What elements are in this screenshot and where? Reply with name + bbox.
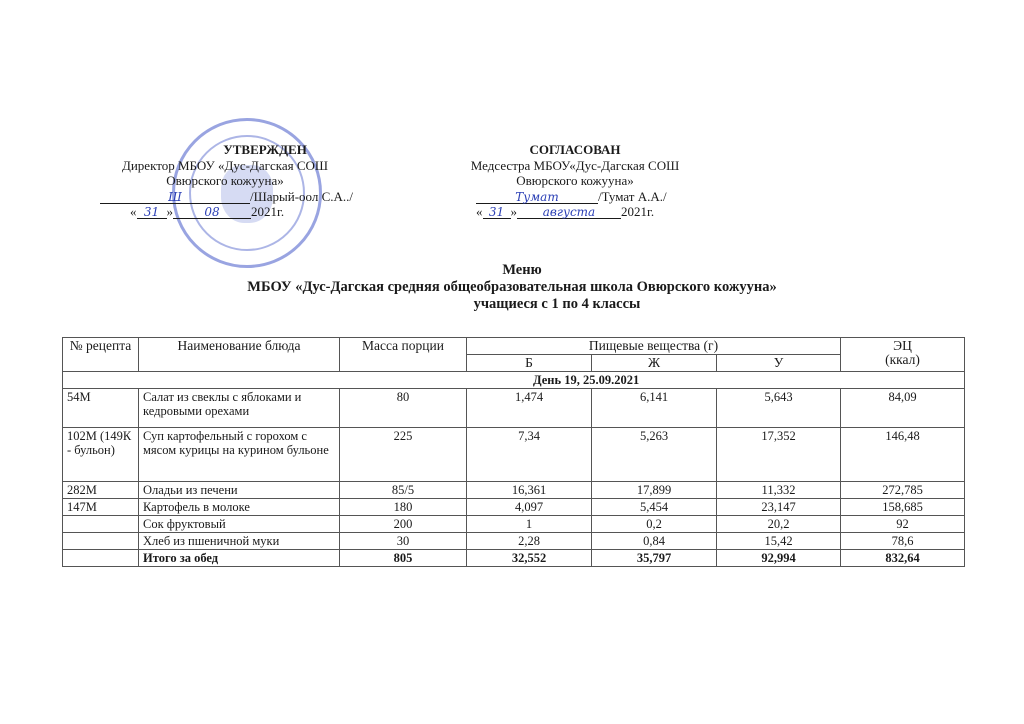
approved-signature-line: Ш/Шарый-оол С.А../ bbox=[100, 189, 350, 205]
protein-cell: 1 bbox=[467, 516, 592, 533]
agreed-date-year: 2021г. bbox=[621, 204, 654, 219]
dish-name-cell: Картофель в молоке bbox=[139, 499, 340, 516]
approved-signature-field: Ш bbox=[100, 190, 250, 204]
approved-date-month-field: 08 bbox=[173, 205, 251, 219]
mass-cell: 85/5 bbox=[340, 482, 467, 499]
protein-cell: 2,28 bbox=[467, 533, 592, 550]
approved-title: УТВЕРЖДЕН bbox=[100, 142, 350, 158]
approved-position: Директор МБОУ «Дус-Дагская СОШ bbox=[100, 158, 350, 174]
energy-cell: 832,64 bbox=[841, 550, 965, 567]
agreed-signatory-name: /Тумат А.А./ bbox=[598, 189, 667, 204]
dish-name-cell: Суп картофельный с горохом с мясом куриц… bbox=[139, 428, 340, 482]
dish-name-cell: Оладьи из печени bbox=[139, 482, 340, 499]
dish-name-cell: Итого за обед bbox=[139, 550, 340, 567]
mass-cell: 225 bbox=[340, 428, 467, 482]
table-row: 282МОладьи из печени85/516,36117,89911,3… bbox=[63, 482, 965, 499]
table-row: 54МСалат из свеклы с яблоками и кедровым… bbox=[63, 389, 965, 428]
table-row: 102М (149К - бульон)Суп картофельный с г… bbox=[63, 428, 965, 482]
header-mass: Масса порции bbox=[340, 338, 467, 372]
energy-cell: 84,09 bbox=[841, 389, 965, 428]
fat-cell: 17,899 bbox=[592, 482, 717, 499]
energy-cell: 78,6 bbox=[841, 533, 965, 550]
recipe-no-cell: 54М bbox=[63, 389, 139, 428]
protein-cell: 32,552 bbox=[467, 550, 592, 567]
fat-cell: 35,797 bbox=[592, 550, 717, 567]
protein-cell: 1,474 bbox=[467, 389, 592, 428]
school-name: МБОУ «Дус-Дагская средняя общеобразовате… bbox=[0, 279, 1024, 296]
header-recipe-no: № рецепта bbox=[63, 338, 139, 372]
agreed-date-day-field: 31 bbox=[483, 205, 511, 219]
energy-cell: 92 bbox=[841, 516, 965, 533]
day-label: День 19, 25.09.2021 bbox=[63, 372, 965, 389]
fat-cell: 0,2 bbox=[592, 516, 717, 533]
header-nutrients: Пищевые вещества (г) bbox=[467, 338, 841, 355]
header-fat: Ж bbox=[592, 355, 717, 372]
approved-organization: Овюрского кожууна» bbox=[100, 173, 350, 189]
fat-cell: 5,263 bbox=[592, 428, 717, 482]
carbs-cell: 23,147 bbox=[717, 499, 841, 516]
agreed-signature-line: Тумат/Тумат А.А./ bbox=[450, 189, 700, 205]
table-row: 147МКартофель в молоке1804,0975,45423,14… bbox=[63, 499, 965, 516]
mass-cell: 180 bbox=[340, 499, 467, 516]
fat-cell: 5,454 bbox=[592, 499, 717, 516]
header-energy-line1: ЭЦ bbox=[845, 339, 960, 353]
header-energy: ЭЦ (ккал) bbox=[841, 338, 965, 372]
energy-cell: 158,685 bbox=[841, 499, 965, 516]
approved-date-day-field: 31 bbox=[137, 205, 167, 219]
table-row: Сок фруктовый20010,220,292 bbox=[63, 516, 965, 533]
protein-cell: 16,361 bbox=[467, 482, 592, 499]
protein-cell: 4,097 bbox=[467, 499, 592, 516]
agreed-position: Медсестра МБОУ«Дус-Дагская СОШ bbox=[450, 158, 700, 174]
mass-cell: 30 bbox=[340, 533, 467, 550]
menu-title: Меню bbox=[0, 262, 1024, 279]
table-row: Хлеб из пшеничной муки302,280,8415,4278,… bbox=[63, 533, 965, 550]
carbs-cell: 20,2 bbox=[717, 516, 841, 533]
header-carbs: У bbox=[717, 355, 841, 372]
dish-name-cell: Хлеб из пшеничной муки bbox=[139, 533, 340, 550]
menu-heading: Меню МБОУ «Дус-Дагская средняя общеобраз… bbox=[0, 262, 1024, 313]
dish-name-cell: Салат из свеклы с яблоками и кедровыми о… bbox=[139, 389, 340, 428]
approved-date: «31»082021г. bbox=[100, 204, 350, 220]
recipe-no-cell: 282М bbox=[63, 482, 139, 499]
carbs-cell: 11,332 bbox=[717, 482, 841, 499]
fat-cell: 0,84 bbox=[592, 533, 717, 550]
agreed-title: СОГЛАСОВАН bbox=[450, 142, 700, 158]
recipe-no-cell bbox=[63, 550, 139, 567]
agreed-handwritten-signature: Тумат bbox=[515, 190, 558, 204]
approved-date-day: 31 bbox=[144, 205, 159, 219]
header-dish: Наименование блюда bbox=[139, 338, 340, 372]
carbs-cell: 92,994 bbox=[717, 550, 841, 567]
recipe-no-cell: 102М (149К - бульон) bbox=[63, 428, 139, 482]
total-row: Итого за обед80532,55235,79792,994832,64 bbox=[63, 550, 965, 567]
energy-cell: 272,785 bbox=[841, 482, 965, 499]
dish-name-cell: Сок фруктовый bbox=[139, 516, 340, 533]
header-protein: Б bbox=[467, 355, 592, 372]
approved-date-year: 2021г. bbox=[251, 204, 284, 219]
agreed-block: СОГЛАСОВАН Медсестра МБОУ«Дус-Дагская СО… bbox=[450, 142, 700, 220]
menu-table: № рецепта Наименование блюда Масса порци… bbox=[62, 337, 965, 567]
energy-cell: 146,48 bbox=[841, 428, 965, 482]
mass-cell: 80 bbox=[340, 389, 467, 428]
recipe-no-cell bbox=[63, 516, 139, 533]
recipe-no-cell: 147М bbox=[63, 499, 139, 516]
carbs-cell: 5,643 bbox=[717, 389, 841, 428]
agreed-organization: Овюрского кожууна» bbox=[450, 173, 700, 189]
approved-block: УТВЕРЖДЕН Директор МБОУ «Дус-Дагская СОШ… bbox=[100, 142, 350, 220]
recipe-no-cell bbox=[63, 533, 139, 550]
mass-cell: 805 bbox=[340, 550, 467, 567]
audience-label: учащиеся с 1 по 4 классы bbox=[0, 296, 1024, 313]
approved-date-month: 08 bbox=[204, 205, 219, 219]
mass-cell: 200 bbox=[340, 516, 467, 533]
agreed-signature-field: Тумат bbox=[476, 190, 598, 204]
agreed-date-month-field: августа bbox=[517, 205, 621, 219]
agreed-date: «31»августа2021г. bbox=[450, 204, 700, 220]
carbs-cell: 15,42 bbox=[717, 533, 841, 550]
agreed-date-day: 31 bbox=[489, 205, 504, 219]
approved-signatory-name: /Шарый-оол С.А../ bbox=[250, 189, 353, 204]
header-energy-line2: (ккал) bbox=[845, 353, 960, 367]
protein-cell: 7,34 bbox=[467, 428, 592, 482]
approved-handwritten-signature: Ш bbox=[168, 190, 182, 204]
agreed-date-month: августа bbox=[543, 205, 595, 219]
carbs-cell: 17,352 bbox=[717, 428, 841, 482]
fat-cell: 6,141 bbox=[592, 389, 717, 428]
